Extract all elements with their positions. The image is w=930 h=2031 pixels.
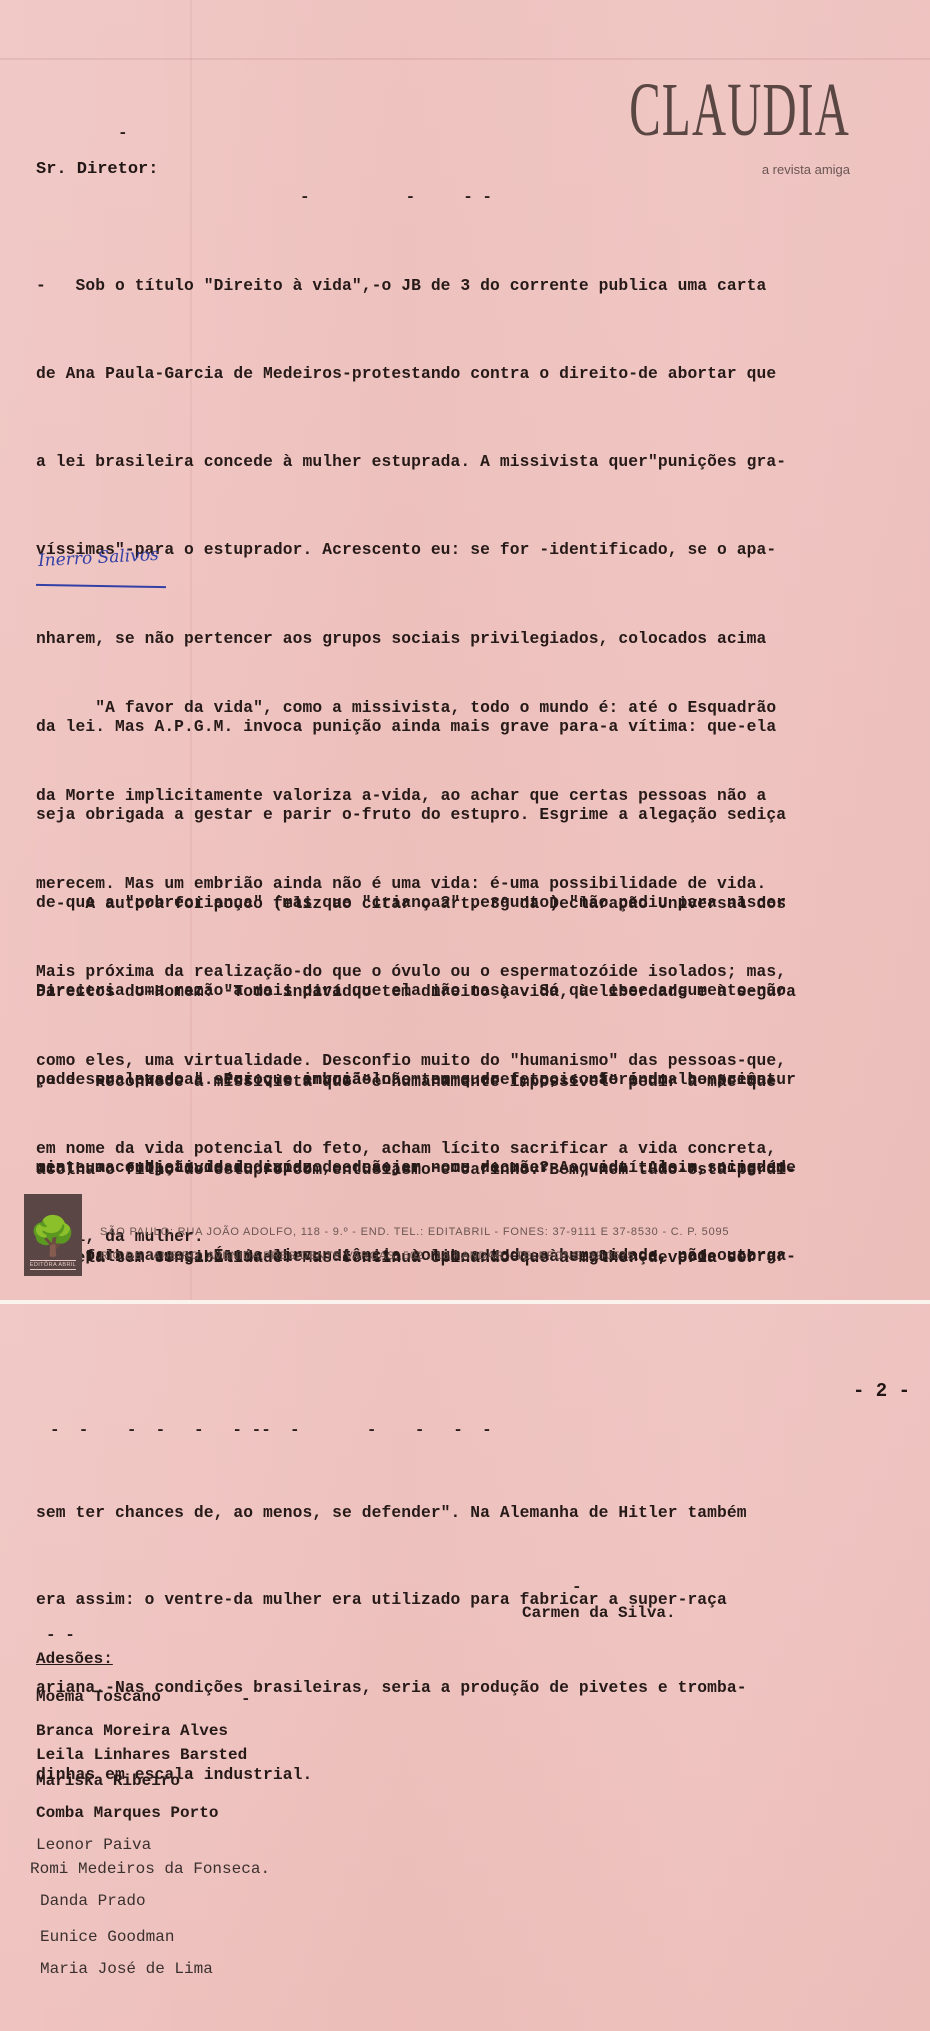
text-line: a lei brasileira concede à mulher estupr… (36, 447, 902, 476)
text-line: de Ana Paula-Garcia de Medeiros-protesta… (36, 359, 902, 388)
text-line: "A favor da vida", como a missivista, to… (36, 693, 902, 722)
text-line: Reconhece a missivista que "é humanament… (36, 1067, 902, 1096)
masthead-title: CLAUDIA (629, 72, 850, 148)
adhesion-name: Romi Medeiros da Fonseca. (30, 1860, 270, 1878)
logo-label: EDITÔRA ABRIL (30, 1260, 76, 1270)
typed-dash: - (118, 124, 128, 142)
typed-dash: - (572, 1578, 582, 1596)
paper-fold (0, 58, 930, 60)
page-number: - 2 - (853, 1380, 910, 1402)
tree-icon: 🌳 (29, 1216, 76, 1256)
adhesion-name: Maria José de Lima (40, 1960, 213, 1978)
masthead-tagline: a revista amiga (494, 162, 850, 177)
adhesion-name: Mariska Ribeiro (36, 1772, 180, 1790)
adhesion-name: Danda Prado (40, 1892, 146, 1910)
typed-dash: - (241, 1690, 251, 1708)
text-line: ariana.-Nas condições brasileiras, seria… (36, 1673, 902, 1702)
text-line: víssimas"-para o estuprador. Acrescento … (36, 535, 902, 564)
letter-page-1: CLAUDIA a revista amiga - Sr. Diretor: -… (0, 0, 930, 1300)
adhesion-name: Branca Moreira Alves (36, 1722, 228, 1740)
masthead: CLAUDIA a revista amiga (494, 72, 850, 177)
text-line: - Sob o título "Direito à vida",-o JB de… (36, 271, 902, 300)
text-line: acolha o filho do estupro com entusiasmo… (36, 1155, 902, 1184)
adhesion-name: Moema Toscano (36, 1688, 161, 1706)
adhesion-name: Eunice Goodman (40, 1928, 174, 1946)
address-line-rio: RIO DE JANEIRO: AVENIDA PRESIDENTE VARGA… (100, 1244, 729, 1268)
address-line-sao-paulo: SÃO PAULO: RUA JOÃO ADOLFO, 118 - 9.º - … (100, 1220, 729, 1244)
editora-abril-logo: 🌳 EDITÔRA ABRIL (24, 1194, 82, 1276)
typed-dash: - - (46, 1626, 75, 1644)
adhesions-title: Adesões: (36, 1650, 113, 1668)
adhesion-name: Leila Linhares Barsted (36, 1746, 247, 1764)
text-line: da Morte implicitamente valoriza a-vida,… (36, 781, 902, 810)
text-line: - A autora foi pouco feliz ao citar o ar… (36, 889, 902, 918)
salutation: Sr. Diretor: (36, 160, 158, 179)
adhesion-name: Leonor Paiva (36, 1836, 151, 1854)
text-line: Direitos do-Homem: "Todo indivíduo tem d… (36, 977, 902, 1006)
signature: Carmen da Silva. (522, 1604, 676, 1622)
letter-page-2: - 2 - - - - - - - -- - - - - - sem ter c… (0, 1304, 930, 2031)
text-line: sem ter chances de, ao menos, se defende… (36, 1498, 902, 1527)
typed-dash: - - - - (300, 188, 492, 206)
text-line: era assim: o ventre-da mulher era utiliz… (36, 1585, 902, 1614)
footer-address: SÃO PAULO: RUA JOÃO ADOLFO, 118 - 9.º - … (100, 1220, 729, 1268)
adhesion-name: Comba Marques Porto (36, 1804, 218, 1822)
typed-dash: - - - - - - -- - - - - - (50, 1421, 492, 1439)
